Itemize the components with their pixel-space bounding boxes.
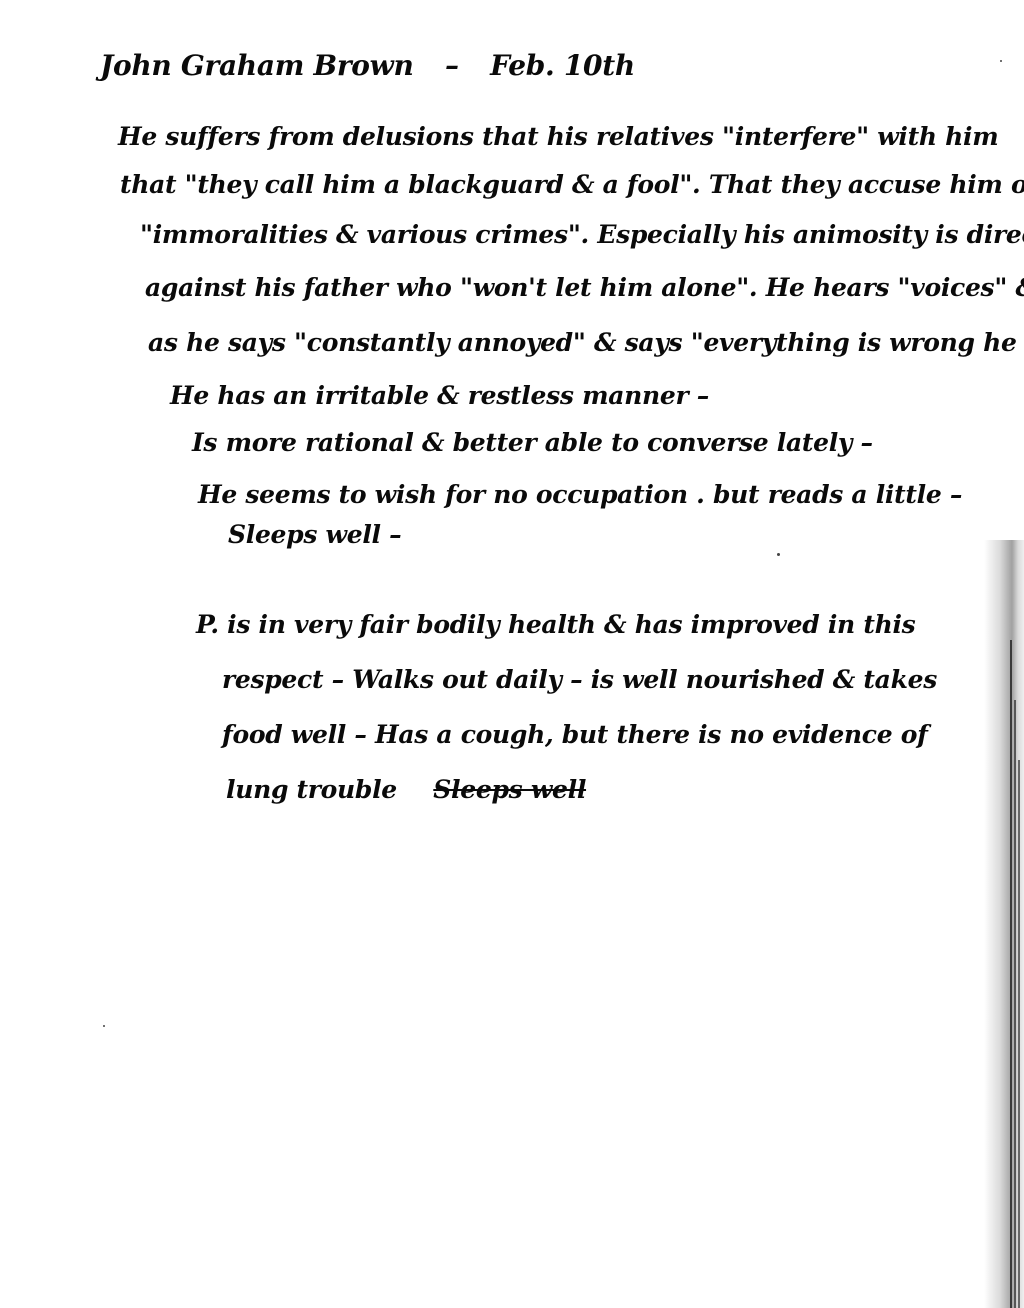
paragraph-3-line-3: food well – Has a cough, but there is no… (222, 722, 928, 747)
paragraph-2-line-1: Is more rational & better able to conver… (192, 430, 873, 455)
paragraph-2-line-3: Sleeps well – (228, 522, 401, 547)
paragraph-3-line-2: respect – Walks out daily – is well nour… (222, 667, 937, 692)
paragraph-1-line-4: against his father who "won't let him al… (145, 275, 1024, 300)
paragraph-3-line-1: P. is in very fair bodily health & has i… (196, 612, 915, 637)
scan-speck (1000, 60, 1002, 62)
paragraph-1-line-5: as he says "constantly annoyed" & says "… (148, 330, 1024, 355)
paragraph-2-line-2: He seems to wish for no occupation . but… (198, 482, 962, 507)
note-heading: John Graham Brown – Feb. 10th (100, 52, 635, 80)
binding-edge-line (1014, 700, 1016, 1308)
scan-speck (777, 553, 780, 556)
scanned-manuscript-page: John Graham Brown – Feb. 10th He suffers… (0, 0, 1024, 1308)
paragraph-3-line-4: lung trouble Sleeps well (226, 777, 586, 802)
struck-out-text: Sleeps well (433, 775, 586, 804)
patient-name: John Graham Brown (100, 49, 414, 82)
paragraph-1-line-3: "immoralities & various crimes". Especia… (140, 222, 1024, 247)
note-date: Feb. 10th (490, 49, 635, 82)
paragraph-1-line-1: He suffers from delusions that his relat… (118, 124, 998, 149)
binding-edge-line (1018, 760, 1020, 1308)
paragraph-1-line-2: that "they call him a blackguard & a foo… (120, 172, 1024, 197)
paragraph-3-line-4-text: lung trouble (226, 775, 397, 804)
scan-speck (103, 1025, 105, 1027)
paragraph-1-line-6: He has an irritable & restless manner – (170, 383, 709, 408)
heading-separator: – (445, 49, 459, 82)
binding-edge-line (1010, 640, 1012, 1308)
